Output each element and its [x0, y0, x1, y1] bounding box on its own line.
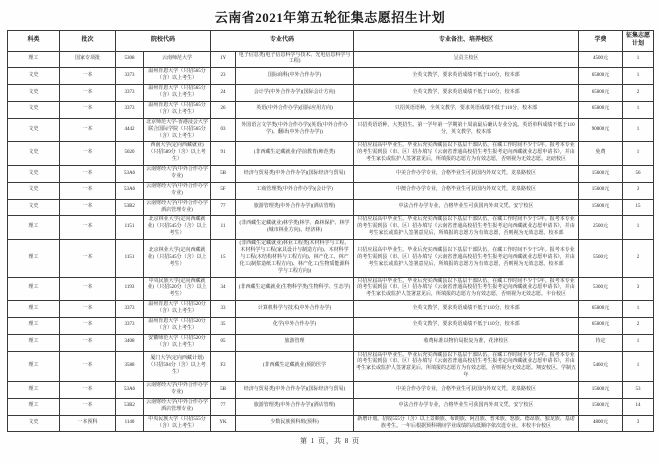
cell-major-code: 23 [211, 68, 236, 85]
cell-remark-campus: 全英文教学，要求英语成绩不低于110分，校本部 [354, 317, 579, 334]
cell-remark-campus: 只招英语语种，大类招生。第一学年第一学期第十周前最后确认专业分流。英语单科成绩不… [354, 118, 579, 142]
page-title: 云南省2021年第五轮征集志愿招生计划 [7, 7, 653, 26]
cell-plan-count: 15 [623, 199, 654, 216]
cell-batch: 一本 [60, 382, 116, 399]
cell-remark-campus: 新增计划。招收555分（含）以上景颇族、布朗族、阿昌族、普米族、怒族、德昂族、独… [354, 415, 579, 432]
table-row: 理工 一本 1151 北京林业大学(定向西藏就业)（只招545分（含）以上考生）… [8, 216, 654, 240]
header-major-remark-campus: 专业备注、培养校区 [354, 31, 579, 52]
cell-tuition: 免费 [579, 142, 623, 166]
document-page: 云南省2021年第五轮征集志愿招生计划 科类 批次 院校代码 专业代码 专业备注… [0, 0, 660, 464]
cell-major-code: 03 [211, 118, 236, 142]
cell-tuition: 65000元 [579, 85, 623, 102]
cell-tuition: 5300元 [579, 277, 623, 301]
cell-batch: 一本 [60, 182, 116, 199]
cell-college-code: 1151 [116, 216, 144, 240]
cell-tuition: 65000元 [579, 68, 623, 85]
cell-batch: 一本 [60, 118, 116, 142]
cell-remark-campus: 全英文教学，要求英语成绩不低于110分，校本部 [354, 85, 579, 102]
cell-batch: 一本 [60, 240, 116, 277]
table-row: 文史 一本 53A6 云南财经大学(中外合作办学专业) 5F 工商管理类(中外合… [8, 182, 654, 199]
cell-subject-type: 理工 [8, 382, 60, 399]
cell-subject-type: 文史 [8, 142, 60, 166]
cell-major-name: 旅游管理类(中外合作办学)(酒店管理) [236, 199, 354, 216]
cell-major-name: 经济与贸易类(中外合作办学)(国际经济与贸易) [236, 166, 354, 183]
cell-tuition: 待定 [579, 334, 623, 351]
cell-batch: 一本 [60, 351, 116, 382]
cell-plan-count: 3 [623, 277, 654, 301]
cell-major-code: 15 [211, 240, 236, 277]
table-row: 理工 一本 3373 温州肯恩大学（只招520分（含）以上考生） 33 计算机科… [8, 301, 654, 318]
cell-major-name: (非西藏生定藏就业)生物科学类(生物科学、生态学) [236, 277, 354, 301]
cell-major-code: F2 [211, 351, 236, 382]
cell-college-name: 云南财经大学(中外合作办学酒店管理专业) [144, 398, 211, 415]
table-row: 文史 一本 53B2 云南财经大学(中外合作办学酒店管理专业) 77 旅游管理类… [8, 199, 654, 216]
table-header: 科类 批次 院校代码 专业代码 专业备注、培养校区 学费 征集志愿计划 [8, 31, 654, 52]
cell-college-name: 温州肯恩大学（只招520分（含）以上考生） [144, 301, 211, 318]
cell-college-code: 53B2 [116, 199, 144, 216]
cell-tuition: 5460元 [579, 351, 623, 382]
cell-plan-count: 3 [623, 415, 654, 432]
cell-subject-type: 理工 [8, 317, 60, 334]
cell-college-code: 1151 [116, 240, 144, 277]
cell-college-name: 云南财经大学(中外合作办学专业) [144, 166, 211, 183]
cell-batch: 一本预科 [60, 415, 116, 432]
cell-plan-count: 2 [623, 240, 654, 277]
cell-college-code: 5020 [116, 142, 144, 166]
cell-subject-type: 理工 [8, 301, 60, 318]
cell-major-code: 11 [211, 216, 236, 240]
cell-major-name: 化学(中外合作办学) [236, 317, 354, 334]
cell-tuition: 5500元 [579, 240, 623, 277]
cell-college-code: 3373 [116, 68, 144, 85]
cell-major-code: 34 [211, 277, 236, 301]
cell-tuition: 90000元 [579, 118, 623, 142]
cell-major-name: 电子信息类(电子信息科学与技术、光电信息科学与工程) [236, 51, 354, 68]
cell-plan-count: 2 [623, 317, 654, 334]
cell-college-name: 云南财经大学(中外合作办学专业) [144, 382, 211, 399]
cell-remark-campus: 只招应届高中毕业生。毕业后充实西藏县以下基层干部队伍，在藏工作时间不少于5年。报… [354, 277, 579, 301]
cell-major-name: (非西藏生定藏就业)林业工程类(木材科学与工程、木材科学与工程(家具设计与制造方… [236, 240, 354, 277]
cell-college-name: 安徽师范大学（只招520分（含）以上考生） [144, 334, 211, 351]
cell-college-code: 1193 [116, 277, 144, 301]
cell-college-name: 厦门大学(定向西藏计划)（只招594分（含）以上考生） [144, 351, 211, 382]
cell-subject-type: 理工 [8, 398, 60, 415]
cell-college-code: 53A6 [116, 382, 144, 399]
cell-major-code: YK [211, 415, 236, 432]
cell-major-name: 国际商科(中外合作办学) [236, 68, 354, 85]
cell-remark-campus: 收费标准以物价局批复为准，花津校区 [354, 334, 579, 351]
header-college-code: 院校代码 [116, 31, 211, 52]
cell-major-code: 5B [211, 166, 236, 183]
cell-remark-campus: 中美合作办学专业，合格毕业生可获国内外双文凭。龙泉路校区 [354, 166, 579, 183]
cell-tuition: 65000元 [579, 101, 623, 118]
cell-remark-campus: 中美合作办学专业，合格毕业生可获国内外双文凭。龙泉路校区 [354, 382, 579, 399]
cell-college-name: 温州肯恩大学（只招565分（含）以上考生） [144, 101, 211, 118]
header-batch: 批次 [60, 31, 116, 52]
cell-batch: 一本 [60, 199, 116, 216]
cell-major-name: (非西藏生定藏就业)学前教育(师范类) [236, 142, 354, 166]
cell-subject-type: 理工 [8, 51, 60, 68]
cell-major-code: 77 [211, 398, 236, 415]
cell-remark-campus: 中法合作办学专业，合格毕业生可获国内外双文凭。安宁校区 [354, 398, 579, 415]
cell-tuition: 4800元 [579, 415, 623, 432]
cell-college-name: 中央民族大学(定向西藏就业)（只招520分（含）以上考生） [144, 277, 211, 301]
cell-remark-campus: 只招应届高中毕业生。毕业后充实西藏县以下基层干部队伍，在藏工作时间不少于5年。报… [354, 216, 579, 240]
table-row: 文史 一本 3373 温州肯恩大学（只招565分（含）以上考生） 23 国际商科… [8, 68, 654, 85]
cell-tuition: 65000元 [579, 317, 623, 334]
cell-college-name: 云南财经大学(中外合作办学酒店管理专业) [144, 199, 211, 216]
cell-college-name: 温州肯恩大学（只招565分（含）以上考生） [144, 68, 211, 85]
cell-college-code: 3373 [116, 101, 144, 118]
admission-plan-table: 科类 批次 院校代码 专业代码 专业备注、培养校区 学费 征集志愿计划 理工 国… [7, 30, 654, 432]
cell-tuition: 15600元 [579, 382, 623, 399]
table-row: 理工 一本 3408 安徽师范大学（只招520分（含）以上考生） 05 旅游管理… [8, 334, 654, 351]
cell-major-name: 少数民族预科班(预科) [236, 415, 354, 432]
cell-college-code: 3373 [116, 317, 144, 334]
cell-subject-type: 文史 [8, 415, 60, 432]
table-row: 文史 一本预科 1140 中央民族大学（只招555分（含）以上考生） YK 少数… [8, 415, 654, 432]
cell-plan-count: 1 [623, 51, 654, 68]
cell-subject-type: 文史 [8, 166, 60, 183]
cell-remark-campus: 呈贡主校区 [354, 51, 579, 68]
cell-subject-type: 文史 [8, 68, 60, 85]
cell-subject-type: 理工 [8, 277, 60, 301]
cell-remark-campus: 只招应届高中毕业生。毕业后充实西藏县以下基层干部队伍，在藏工作时间不少于5年。报… [354, 351, 579, 382]
cell-subject-type: 文史 [8, 101, 60, 118]
cell-plan-count: 14 [623, 398, 654, 415]
cell-remark-campus: 全英文教学，要求英语成绩不低于110分，校本部 [354, 68, 579, 85]
cell-batch: 一本 [60, 301, 116, 318]
cell-remark-campus: 只招英语语种，全英文教学，要求英语成绩不低于110分，校本部 [354, 101, 579, 118]
cell-subject-type: 理工 [8, 334, 60, 351]
cell-plan-count: 1 [623, 216, 654, 240]
table-row: 文史 一本 3373 温州肯恩大学（只招565分（含）以上考生） 24 会计学(… [8, 85, 654, 102]
cell-subject-type: 文史 [8, 118, 60, 142]
cell-major-code: 77 [211, 199, 236, 216]
table-row: 文史 一本 53A6 云南财经大学(中外合作办学专业) 5B 经济与贸易类(中外… [8, 166, 654, 183]
cell-batch: 一本 [60, 398, 116, 415]
cell-tuition: 2500元 [579, 216, 623, 240]
cell-college-code: 5308 [116, 51, 144, 68]
cell-plan-count: 56 [623, 166, 654, 183]
cell-major-name: 经济与贸易类(中外合作办学)(国际经济与贸易) [236, 382, 354, 399]
cell-college-name: 温州肯恩大学（只招565分（含）以上考生） [144, 85, 211, 102]
header-plan-count: 征集志愿计划 [623, 31, 654, 52]
cell-college-code: 3373 [116, 301, 144, 318]
cell-tuition: 15600元 [579, 199, 623, 216]
cell-batch: 国家专项批 [60, 51, 116, 68]
page-number-footer: 第 1 页，共 8 页 [7, 436, 653, 446]
cell-subject-type: 文史 [8, 199, 60, 216]
cell-college-code: 3408 [116, 334, 144, 351]
table-row: 文史 一本 4442 北京师范大学-香港浸会大学联合国际学院（只招565分（含）… [8, 118, 654, 142]
cell-batch: 一本 [60, 166, 116, 183]
cell-tuition: 15600元 [579, 182, 623, 199]
cell-major-name: 英语(中外合作办学)(国际应用方向) [236, 101, 354, 118]
cell-remark-campus: 中法合作办学专业，合格毕业生可获国内外双文凭。安宁校区 [354, 199, 579, 216]
cell-plan-count: 1 [623, 118, 654, 142]
cell-major-code: 91 [211, 142, 236, 166]
cell-plan-count: 1 [623, 301, 654, 318]
table-row: 理工 国家专项批 5308 云南师范大学 1Y 电子信息类(电子信息科学与技术、… [8, 51, 654, 68]
cell-college-name: 云南财经大学(中外合作办学专业) [144, 182, 211, 199]
cell-college-name: 云南师范大学 [144, 51, 211, 68]
cell-major-code: 5B [211, 382, 236, 399]
cell-college-code: 1140 [116, 415, 144, 432]
cell-tuition: 65000元 [579, 301, 623, 318]
cell-batch: 一本 [60, 85, 116, 102]
cell-plan-count: 2 [623, 85, 654, 102]
cell-batch: 一本 [60, 334, 116, 351]
cell-batch: 一本 [60, 216, 116, 240]
table-header-row: 科类 批次 院校代码 专业代码 专业备注、培养校区 学费 征集志愿计划 [8, 31, 654, 52]
table-row: 理工 一本 3588 厦门大学(定向西藏计划)（只招594分（含）以上考生） F… [8, 351, 654, 382]
cell-tuition: 15600元 [579, 166, 623, 183]
cell-subject-type: 文史 [8, 182, 60, 199]
cell-plan-count: 1 [623, 101, 654, 118]
cell-major-name: 旅游管理 [236, 334, 354, 351]
cell-subject-type: 理工 [8, 216, 60, 240]
cell-major-name: 外国语言文学类(中外合作办学)(英语(中外合作办学)、翻译(中外合作办学)) [236, 118, 354, 142]
cell-major-name: 工商管理类(中外合作办学)(会计学) [236, 182, 354, 199]
cell-plan-count: 1 [623, 351, 654, 382]
table-row: 文史 一本 5020 西南大学(定向西藏就业)（只招589分（含）以上考生） 9… [8, 142, 654, 166]
cell-remark-campus: 只招应届高中毕业生。毕业后充实西藏县以下基层干部队伍，在藏工作时间不少于5年。报… [354, 142, 579, 166]
cell-college-name: 温州肯恩大学（只招520分（含）以上考生） [144, 317, 211, 334]
cell-plan-count: 1 [623, 142, 654, 166]
cell-major-name: 计算机科学与技术(中外合作办学) [236, 301, 354, 318]
cell-batch: 一本 [60, 68, 116, 85]
table-row: 理工 一本 1193 中央民族大学(定向西藏就业)（只招520分（含）以上考生）… [8, 277, 654, 301]
cell-remark-campus: 只招应届高中毕业生。毕业后充实西藏县以下基层干部队伍，在藏工作时间不少于5年。报… [354, 240, 579, 277]
header-major-code: 专业代码 [211, 31, 354, 52]
table-row: 文史 一本 3373 温州肯恩大学（只招565分（含）以上考生） 26 英语(中… [8, 101, 654, 118]
cell-college-name: 北京林业大学(定向西藏就业)（只招545分（含）以上考生） [144, 240, 211, 277]
cell-major-name: 会计学(中外合作办学)(国际会计方向) [236, 85, 354, 102]
cell-subject-type: 理工 [8, 351, 60, 382]
table-row: 理工 一本 1151 北京林业大学(定向西藏就业)（只招545分（含）以上考生）… [8, 240, 654, 277]
cell-remark-campus: 全英文教学，要求英语成绩不低于110分，校本部 [354, 301, 579, 318]
cell-major-code: 26 [211, 101, 236, 118]
cell-college-code: 53A6 [116, 182, 144, 199]
cell-major-name: (非西藏生定藏就业)预防医学 [236, 351, 354, 382]
cell-plan-count: 1 [623, 68, 654, 85]
cell-major-code: 1Y [211, 51, 236, 68]
table-row: 理工 一本 3373 温州肯恩大学（只招520分（含）以上考生） 35 化学(中… [8, 317, 654, 334]
table-row: 理工 一本 53A6 云南财经大学(中外合作办学专业) 5B 经济与贸易类(中外… [8, 382, 654, 399]
cell-tuition: 4500元 [579, 51, 623, 68]
cell-college-code: 53A6 [116, 166, 144, 183]
cell-college-code: 3373 [116, 85, 144, 102]
cell-major-code: 35 [211, 317, 236, 334]
cell-batch: 一本 [60, 277, 116, 301]
cell-tuition: 15600元 [579, 398, 623, 415]
header-tuition: 学费 [579, 31, 623, 52]
cell-college-code: 4442 [116, 118, 144, 142]
cell-subject-type: 文史 [8, 85, 60, 102]
cell-batch: 一本 [60, 142, 116, 166]
cell-major-name: (非西藏生定藏就业)林学类(林学、森林保护、林学(城市林业方向)、经济林) [236, 216, 354, 240]
header-subject-type: 科类 [8, 31, 60, 52]
cell-plan-count: 1 [623, 334, 654, 351]
cell-college-code: 53B2 [116, 398, 144, 415]
cell-major-code: 33 [211, 301, 236, 318]
cell-college-name: 西南大学(定向西藏就业)（只招589分（含）以上考生） [144, 142, 211, 166]
cell-college-name: 北京师范大学-香港浸会大学联合国际学院（只招565分（含）以上考生） [144, 118, 211, 142]
cell-college-name: 北京林业大学(定向西藏就业)（只招545分（含）以上考生） [144, 216, 211, 240]
cell-remark-campus: 中澳合作办学专业，合格毕业生可获国内外双文凭。龙泉路校区 [354, 182, 579, 199]
cell-batch: 一本 [60, 317, 116, 334]
cell-major-code: 24 [211, 85, 236, 102]
table-row: 理工 一本 53B2 云南财经大学(中外合作办学酒店管理专业) 77 旅游管理类… [8, 398, 654, 415]
cell-college-name: 中央民族大学（只招555分（含）以上考生） [144, 415, 211, 432]
cell-college-code: 3588 [116, 351, 144, 382]
cell-subject-type: 理工 [8, 240, 60, 277]
cell-major-code: 05 [211, 334, 236, 351]
cell-plan-count: 53 [623, 382, 654, 399]
cell-major-code: 5F [211, 182, 236, 199]
cell-batch: 一本 [60, 101, 116, 118]
cell-plan-count: 3 [623, 182, 654, 199]
table-body: 理工 国家专项批 5308 云南师范大学 1Y 电子信息类(电子信息科学与技术、… [8, 51, 654, 432]
cell-major-name: 旅游管理类(中外合作办学)(酒店管理) [236, 398, 354, 415]
